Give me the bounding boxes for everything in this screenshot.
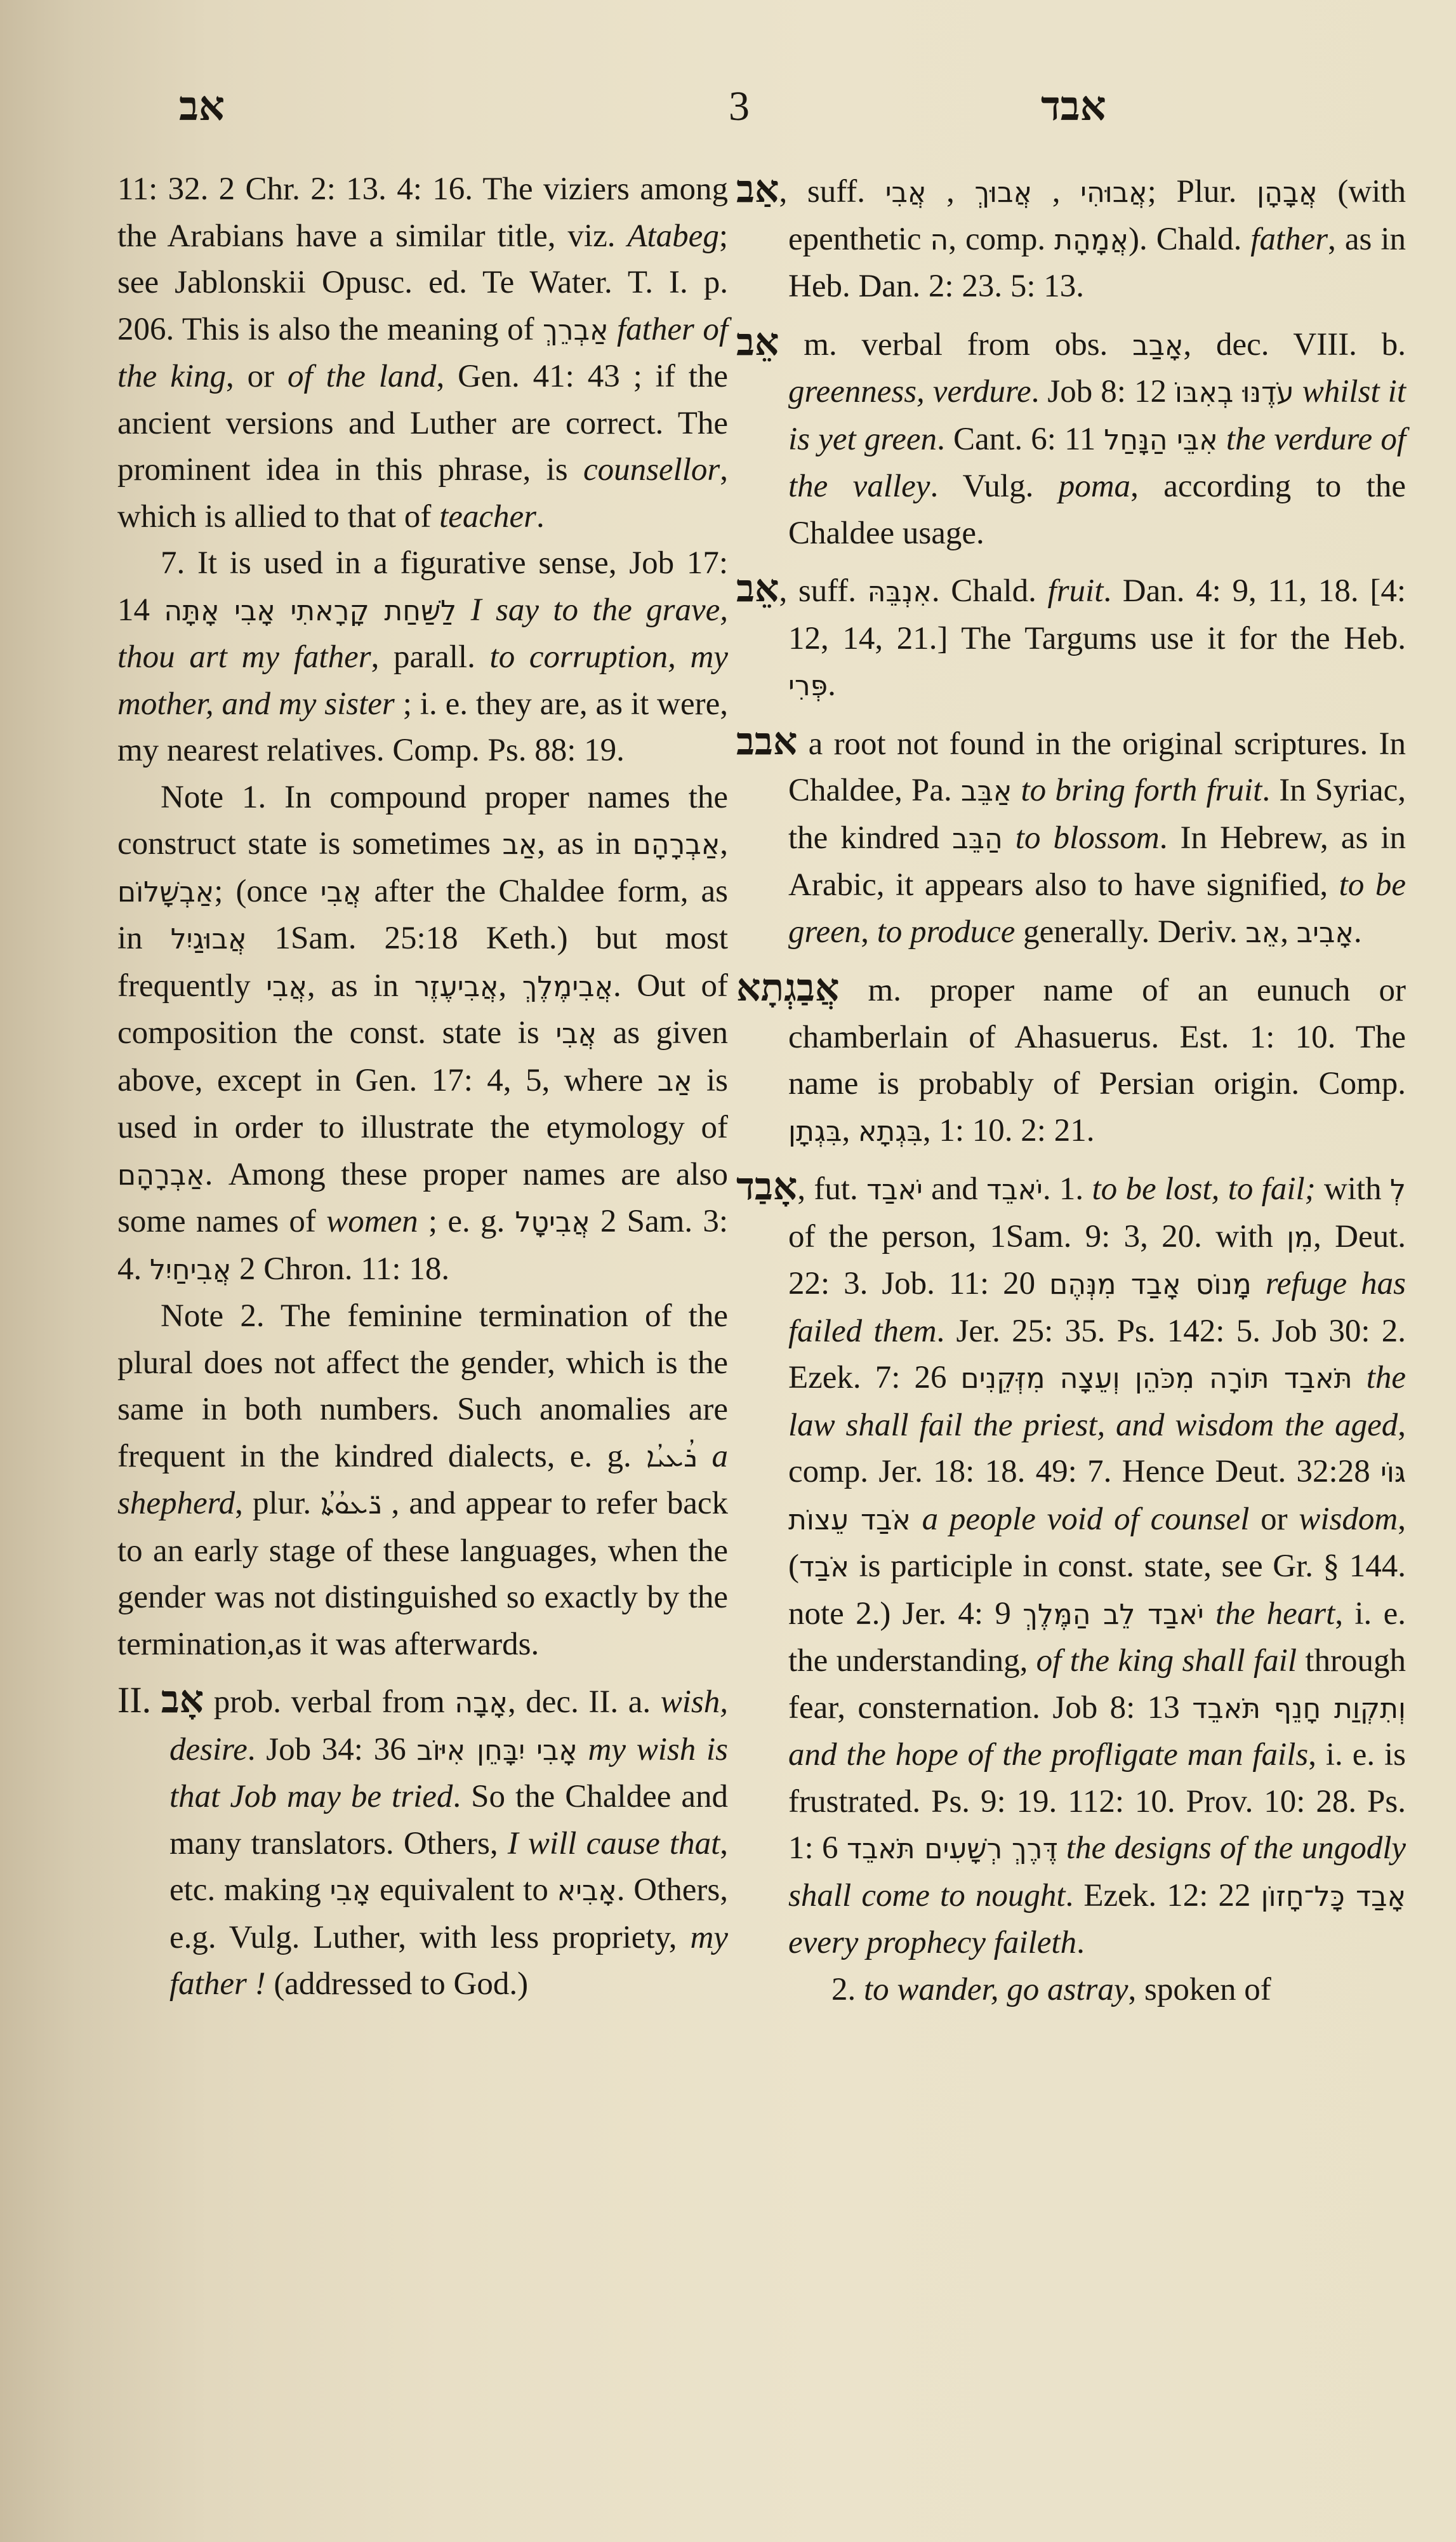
entry-avad: אָבַד, fut. יֹאבַד and יֹאבֵד. 1. to be … — [736, 1164, 1406, 1967]
entry-av-chald: אַב, suff. אֲבִי , אֲבוּךְ , אֲבוּהִי; P… — [736, 166, 1406, 310]
headword: אֲבַגְתָא — [736, 967, 839, 1009]
note-2-paragraph: Note 2. The feminine termination of the … — [117, 1293, 728, 1668]
entry-ev-verdure: אֵב m. verbal from obs. אָבַב, dec. VIII… — [736, 319, 1406, 557]
headword: אֵב — [736, 568, 779, 609]
headword: אַב — [736, 168, 779, 210]
entry-avav-root: אבב a root not found in the original scr… — [736, 719, 1406, 957]
entry-ii-av: II. אָב prob. verbal from אָבָה, dec. II… — [117, 1677, 728, 2008]
note-1-paragraph: Note 1. In compound proper names the con… — [117, 775, 728, 1294]
continuation-paragraph: 11: 32. 2 Chr. 2: 13. 4: 16. The viziers… — [117, 166, 728, 540]
syriac-word: ܪ̈ܥܘܳܬܳܐ — [321, 1488, 381, 1521]
hebrew-quote: לַשַּׁחַת קָרָאתִי אָבִי אָתָּה — [164, 595, 456, 627]
right-guideword: אבד — [1041, 75, 1106, 138]
headword: אָבַד — [736, 1166, 797, 1208]
right-column: אַב, suff. אֲבִי , אֲבוּךְ , אֲבוּהִי; P… — [736, 166, 1406, 2013]
headword: אבב — [736, 721, 797, 762]
syriac-word: ܪܳܥܝܳܐ — [646, 1441, 697, 1474]
hebrew-word: אַבְרֵךְ — [543, 314, 608, 347]
page-number: 3 — [729, 75, 750, 138]
headword: אָב — [161, 1679, 204, 1720]
sense-7-paragraph: 7. It is used in a figurative sense, Job… — [117, 540, 728, 775]
entry-abagtha: אֲבַגְתָא m. proper name of an eunuch or… — [736, 965, 1406, 1155]
left-column: 11: 32. 2 Chr. 2: 13. 4: 16. The viziers… — [117, 166, 728, 2008]
sense-2-paragraph: 2. to wander, go astray, spoken of — [736, 1967, 1406, 2014]
entry-numeral: II. — [117, 1679, 151, 1720]
headword: אֵב — [736, 321, 779, 363]
entry-ev-fruit: אֵב, suff. אִנְבֵּהּ. Chald. fruit. Dan.… — [736, 566, 1406, 710]
left-guideword: אב — [179, 75, 225, 138]
running-header: אב 3 אבד — [0, 75, 1456, 138]
